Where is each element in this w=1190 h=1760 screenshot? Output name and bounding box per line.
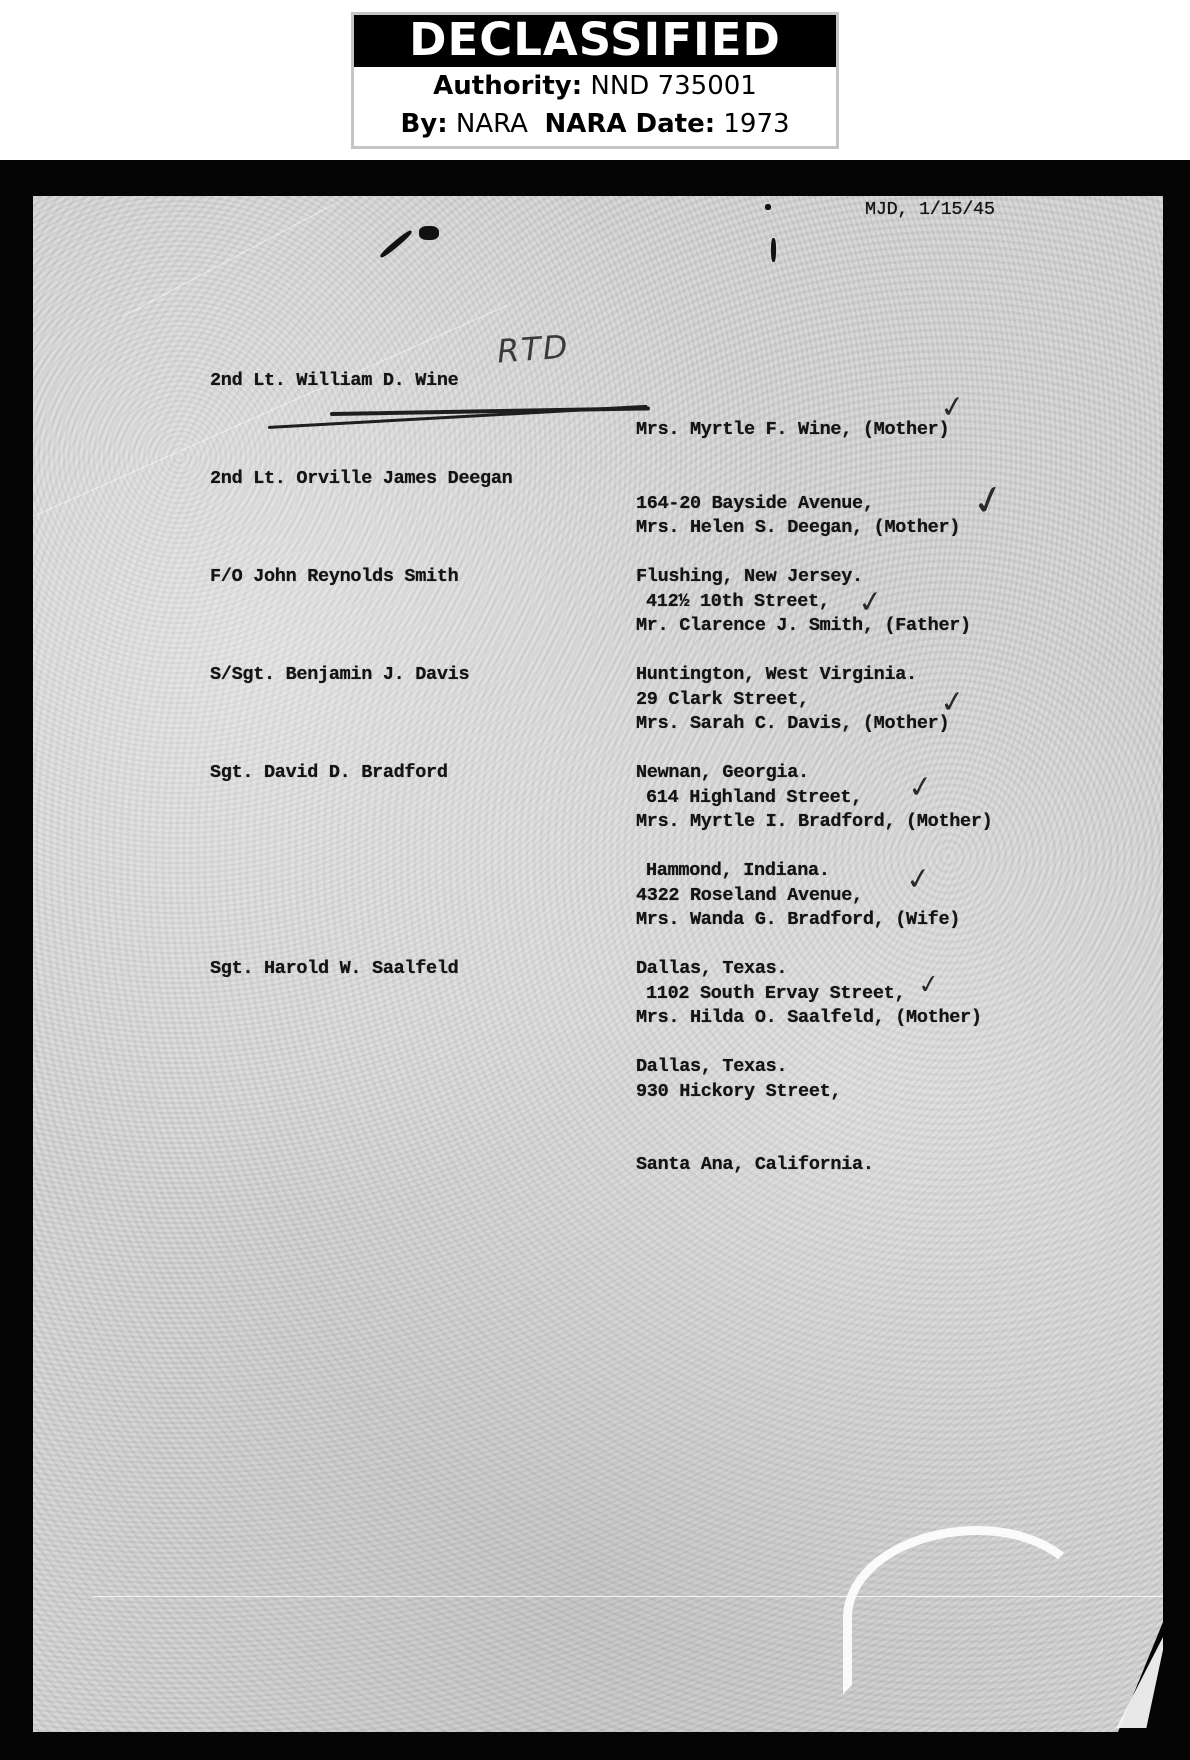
check-mark-icon: ✓ [856, 583, 886, 621]
stamp-authority-value: NND 735001 [590, 71, 756, 101]
contact-name: Mr. Clarence J. Smith, (Father) [636, 614, 971, 639]
contact-name: Mrs. Myrtle F. Wine, (Mother) [636, 418, 949, 443]
check-mark-icon: ✓ [906, 768, 936, 806]
contact-name: Mrs. Wanda G. Bradford, (Wife) [636, 908, 960, 933]
document-reference: MJD, 1/15/45 [865, 198, 995, 223]
stamp-title: DECLASSIFIED [354, 15, 836, 67]
stamp-date-label: NARA Date: [544, 109, 715, 139]
stamp-by-label: By: [400, 109, 447, 139]
stamp-authority-line: Authority: NND 735001 [354, 67, 836, 105]
contact-street: 930 Hickory Street, [636, 1080, 982, 1105]
entry-name: 2nd Lt. Orville James Deegan [210, 467, 512, 492]
stamp-date-value: 1973 [723, 109, 789, 139]
contact-city: Santa Ana, California. [636, 1153, 982, 1178]
contact-name: Mrs. Myrtle I. Bradford, (Mother) [636, 810, 992, 835]
stamp-by-line: By: NARA NARA Date: 1973 [354, 105, 836, 143]
entry-name: Sgt. Harold W. Saalfeld [210, 957, 458, 982]
check-mark-icon: ✓ [938, 388, 968, 426]
stamp-authority-label: Authority: [433, 71, 582, 101]
entry-name: 2nd Lt. William D. Wine [210, 369, 458, 394]
contact-name: Mrs. Helen S. Deegan, (Mother) [636, 516, 960, 541]
declassified-stamp: DECLASSIFIED Authority: NND 735001 By: N… [351, 12, 839, 149]
entry-name: Sgt. David D. Bradford [210, 761, 448, 786]
check-mark-icon: ✓ [938, 683, 968, 721]
entry-name: S/Sgt. Benjamin J. Davis [210, 663, 469, 688]
ink-smudge [771, 238, 776, 262]
ink-smudge [379, 229, 413, 259]
ink-smudge [765, 204, 771, 210]
check-mark-icon: ✓ [904, 860, 934, 898]
contact-name: Mrs. Sarah C. Davis, (Mother) [636, 712, 949, 737]
scratch-mark [123, 203, 335, 317]
document-page [33, 196, 1163, 1732]
contact-name: Mrs. Hilda O. Saalfeld, (Mother) [636, 1006, 982, 1031]
ink-smudge [419, 226, 439, 240]
paper-tear [843, 1526, 1091, 1694]
check-mark-icon: ✓ [916, 969, 942, 1002]
entry-name: F/O John Reynolds Smith [210, 565, 458, 590]
handwritten-note: RTD [496, 328, 571, 371]
stamp-by-value: NARA [456, 109, 528, 139]
